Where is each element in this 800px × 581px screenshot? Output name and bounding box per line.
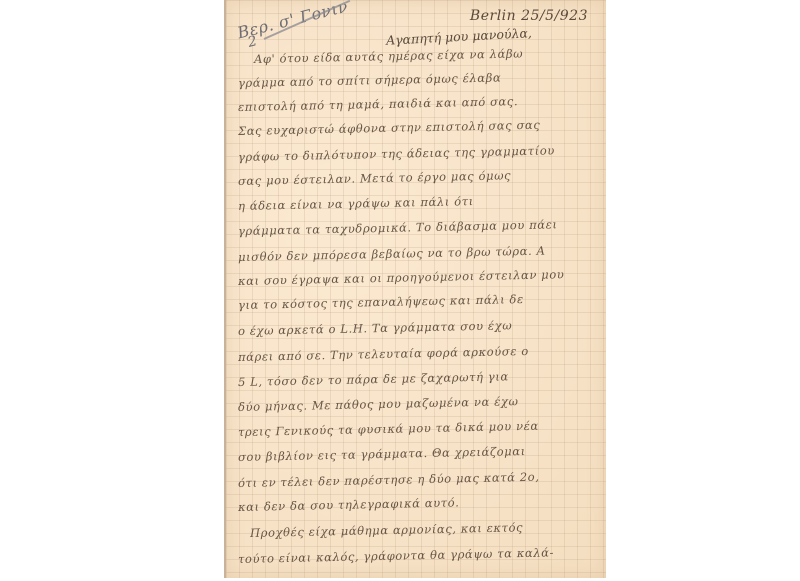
body-line: τούτο είναι καλός, γράφοντα θα γράψω τα … xyxy=(238,544,606,566)
body-line: σου βιβλίον εις τα γράμματα. Θα χρειάζομ… xyxy=(238,442,606,464)
body-line: σας μου έστειλαν. Μετά το έργο μας όμως xyxy=(238,166,606,188)
body-line: τρεις Γενικούς τα φυσικά μου τα δικά μου… xyxy=(238,417,606,439)
salutation: Αγαπητή μου μανούλα, xyxy=(386,25,532,48)
body-line: γράμματα τα ταχυδρομικά. Το διάβασμα μου… xyxy=(238,216,606,238)
body-line: γράμμα από το σπίτι σήμερα όμως έλαβα xyxy=(238,68,606,90)
body-line: δύο μήνας. Με πάθος μου μαζωμένα να έχω xyxy=(238,392,606,414)
body-line: επιστολή από τη μαμά, παιδιά και από σας… xyxy=(238,92,606,114)
body-line: μισθόν δεν μπόρεσα βεβαίως να το βρω τώρ… xyxy=(238,242,606,264)
body-line: ο έχω αρκετά ο L.H. Τα γράμματα σου έχω xyxy=(238,316,606,338)
body-line: και δεν δα σου τηλεγραφικά αυτό. xyxy=(238,492,606,514)
body-line: ότι εν τέλει δεν παρέστησε η δύο μας κατ… xyxy=(238,468,606,490)
body-line: Σας ευχαριστώ άφθονα στην επιστολή σας σ… xyxy=(238,116,606,138)
place-date: Berlin 25/5/923 xyxy=(470,8,588,24)
scanned-page: Βερ. σ' Γονιν 2 Berlin 25/5/923 Αγαπητή … xyxy=(0,0,800,581)
body-line: Προχθές είχα μάθημα αρμονίας, και εκτός xyxy=(250,518,606,540)
body-line: 5 L, τόσο δεν το πάρα δε με ζαχαρωτή για xyxy=(238,367,606,389)
letter-paper: Βερ. σ' Γονιν 2 Berlin 25/5/923 Αγαπητή … xyxy=(224,0,606,578)
body-line: γράφω το διπλότυπον της άδειας της γραμμ… xyxy=(238,142,606,164)
body-line: πάρει από σε. Την τελευταία φορά αρκούσε… xyxy=(238,342,606,364)
body-line: για το κόστος της επαναλήψεως και πάλι δ… xyxy=(238,290,606,312)
body-line: και σου έγραψα και οι προηγούμενοι έστει… xyxy=(238,266,606,288)
body-line: η άδεια είναι να γράψω και πάλι ότι xyxy=(238,191,606,213)
